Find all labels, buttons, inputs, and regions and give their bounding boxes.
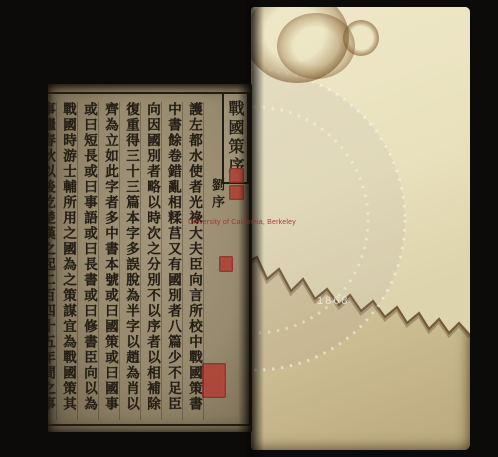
text-column: 齊為立如此字者多中書本號或曰國策或曰國事: [99, 102, 120, 420]
seal-year-text: 1868: [317, 295, 349, 307]
author-attribution: 劉序: [207, 178, 226, 212]
text-column: 復重得三十三篇本字多誤脫為半字以趙為肖以: [120, 102, 141, 420]
text-column: 護左都水使者光祿大夫臣向言所校中戰國策書: [183, 102, 204, 420]
book-scan: UNIVERSITY OF CALIFORNIA · BERKELEY 1868…: [0, 0, 498, 457]
partial-text-column: 事繼春秋以後訖楚漢之起二百四十五年間之事: [48, 102, 57, 420]
red-seal-upper-2: [229, 185, 244, 200]
facing-page: UNIVERSITY OF CALIFORNIA · BERKELEY 1868: [251, 7, 470, 450]
red-seal-upper-1: [229, 168, 244, 183]
manuscript-page: 戰國策序 劉序 護左都水使者光祿大夫臣向言所校中戰國策書 中書餘卷錯亂相糅莒又有…: [48, 84, 252, 432]
library-embossed-seal: UNIVERSITY OF CALIFORNIA · BERKELEY 1868: [251, 7, 470, 450]
text-columns: 護左都水使者光祿大夫臣向言所校中戰國策書 中書餘卷錯亂相糅莒又有國別者八篇少不足…: [48, 102, 204, 420]
text-column: 中書餘卷錯亂相糅莒又有國別者八篇少不足臣: [162, 102, 183, 420]
partial-text-column-clip: 事繼春秋以後訖楚漢之起二百四十五年間之事: [48, 102, 57, 420]
text-column: 或曰短長或曰事語或曰長書或曰修書臣向以為: [78, 102, 99, 420]
red-seal-middle: [219, 256, 233, 272]
red-watermark-text: University of California, Berkeley: [188, 219, 296, 226]
text-column: 戰國時游士輔所用之國為之策謀宜為戰國策其: [57, 102, 78, 420]
text-column: 向因國別者略以時次之分別不以序者以相補除: [141, 102, 162, 420]
red-seal-collector: [202, 363, 226, 398]
